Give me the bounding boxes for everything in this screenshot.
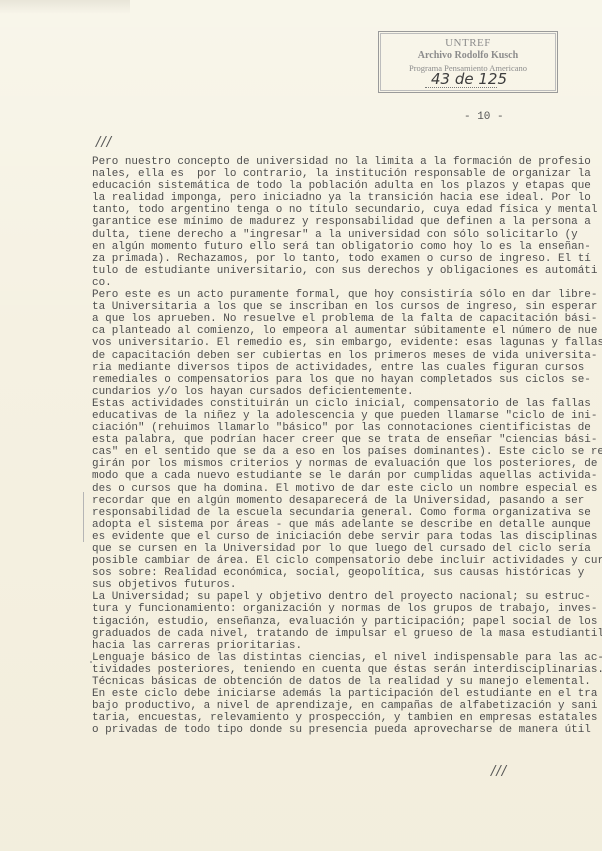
page-number: - 10 - xyxy=(464,111,504,123)
text-line: tividades posteriores, teniendo en cuent… xyxy=(92,664,592,676)
text-line: La Universidad; su papel y objetivo dent… xyxy=(92,591,592,603)
text-line: Estas actividades constituirán un ciclo … xyxy=(92,398,592,410)
text-line: recordar que en algún momento desaparece… xyxy=(92,495,592,507)
text-line: co. xyxy=(92,277,592,289)
text-line: educación sistemática de todo la poblaci… xyxy=(92,180,592,192)
text-line: ria mediante diversos tipos de actividad… xyxy=(92,362,592,374)
text-line: remediales o compensatorios para los que… xyxy=(92,374,592,386)
text-line: vos universitario. El remedio es, sin em… xyxy=(92,337,592,349)
text-line: sus objetivos futuros. xyxy=(92,579,592,591)
continuation-mark-top: /// xyxy=(96,135,112,150)
text-line: cundarios y/o los hayan cursados deficie… xyxy=(92,386,592,398)
text-line: de capacitación deben ser cubiertas en l… xyxy=(92,350,592,362)
text-line: educativas de la niñez y la adolescencia… xyxy=(92,410,592,422)
margin-mark xyxy=(83,492,84,542)
text-line: graduados de cada nivel, tratando de imp… xyxy=(92,628,592,640)
text-line: cas" en el sentido que se da a eso en lo… xyxy=(92,446,592,458)
text-line: la realidad imponga, pero iniciadno ya l… xyxy=(92,192,592,204)
text-line: taria, encuestas, relevamiento y prospec… xyxy=(92,712,592,724)
stamp-handwritten-page-count: 43 de 125 xyxy=(431,70,507,88)
text-line: bajo productivo, a nivel de aprendizaje,… xyxy=(92,700,592,712)
text-line: Pero este es un acto puramente formal, q… xyxy=(92,289,592,301)
archive-stamp: UNTREF Archivo Rodolfo Kusch Programa Pe… xyxy=(378,31,558,93)
text-line: sos sobre: Realidad económica, social, g… xyxy=(92,567,592,579)
text-line: garantice ese mínimo de madurez y respon… xyxy=(92,216,592,228)
text-line: a que los aprueben. No resuelve el probl… xyxy=(92,313,592,325)
continuation-mark-bottom: /// xyxy=(491,764,507,779)
text-line: es evidente que el curso de iniciación d… xyxy=(92,531,592,543)
text-line: En este ciclo debe iniciarse además la p… xyxy=(92,688,592,700)
text-line: tigación, estudio, enseñanza, evaluación… xyxy=(92,616,592,628)
text-line: girán por los mismos criterios y normas … xyxy=(92,458,592,470)
text-line: esta palabra, que podrían hacer creer qu… xyxy=(92,434,592,446)
text-line: ca planteado al comienzo, lo empeora al … xyxy=(92,325,592,337)
text-line: o privadas de todo tipo donde su presenc… xyxy=(92,724,592,736)
text-line: Técnicas básicas de obtención de datos d… xyxy=(92,676,592,688)
stamp-institution: UNTREF xyxy=(379,37,557,49)
text-line: tanto, todo argentino tenga o no título … xyxy=(92,204,592,216)
text-line: en algún momento futuro ello será tan ob… xyxy=(92,241,592,253)
text-line: adopta el sistema por áreas - que más ad… xyxy=(92,519,592,531)
text-line: posible cambiar de área. El ciclo compen… xyxy=(92,555,592,567)
text-line: des o cursos que ha domina. El motivo de… xyxy=(92,483,592,495)
text-line: nales, ella es por lo contrario, la inst… xyxy=(92,168,592,180)
document-page: UNTREF Archivo Rodolfo Kusch Programa Pe… xyxy=(0,0,602,851)
text-line: Lenguaje básico de las distintas ciencia… xyxy=(92,652,592,664)
stamp-archive-name: Archivo Rodolfo Kusch xyxy=(379,50,557,61)
text-line: hacia las carreras prioritarias. xyxy=(92,640,592,652)
text-line: ta Universitaria a los que se inscriban … xyxy=(92,301,592,313)
text-line: tura y funcionamiento: organización y no… xyxy=(92,603,592,615)
text-line: responsabilidad de la escuela secundaria… xyxy=(92,507,592,519)
text-line: Pero nuestro concepto de universidad no … xyxy=(92,156,592,168)
text-line: modo que a cada nuevo estudiante se le d… xyxy=(92,470,592,482)
paper-fold-shadow xyxy=(0,0,130,14)
typewritten-body: Pero nuestro concepto de universidad no … xyxy=(92,156,592,737)
text-line: dulta, tiene derecho a "ingresar" a la u… xyxy=(92,229,592,241)
text-line: que se cursen en la Universidad por lo q… xyxy=(92,543,592,555)
text-line: tulo de estudiante universitario, con su… xyxy=(92,265,592,277)
text-line: za primada). Rechazamos, por lo tanto, t… xyxy=(92,253,592,265)
text-line: ciación" (rehuimos llamarlo "básico" por… xyxy=(92,422,592,434)
stamp-underline xyxy=(425,87,497,88)
